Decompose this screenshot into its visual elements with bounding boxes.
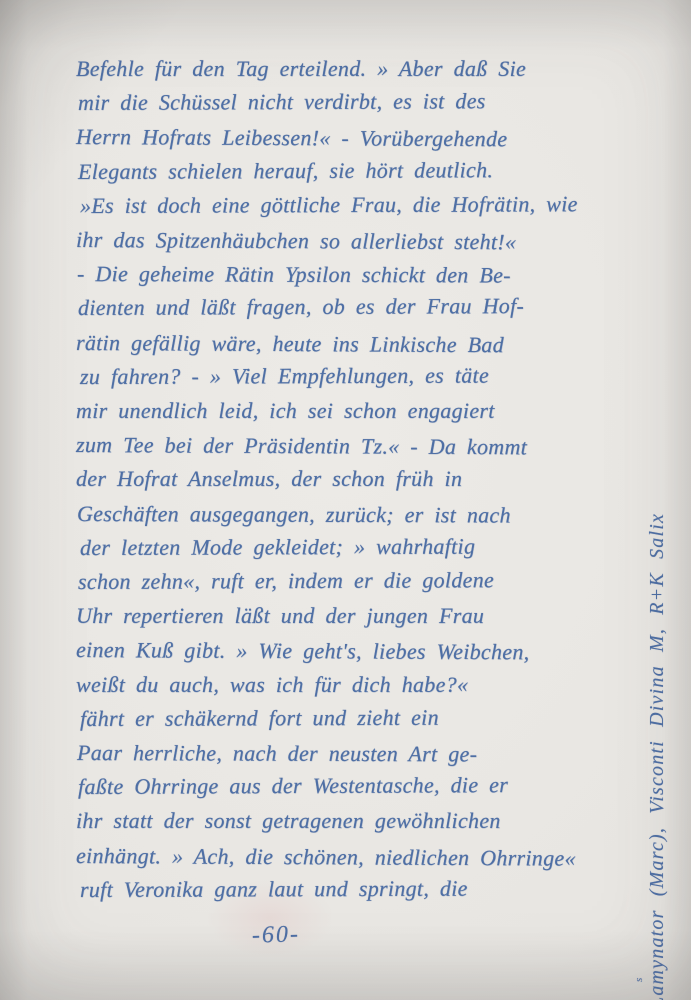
handwritten-line: dienten und läßt fragen, ob es der Frau … [78,289,658,326]
handwritten-line: ruft Veronika ganz laut und springt, die [80,871,660,907]
page-number: -60- [252,921,301,949]
margin-note-text: Lamynator (Marc), Visconti Divina M, R+K… [646,513,668,1000]
handwritten-line: Befehle für den Tag erteilend. » Aber da… [76,52,656,86]
handwriting-text-block: Befehle für den Tag erteilend. » Aber da… [76,52,656,907]
margin-note-mark: s [633,978,645,982]
handwritten-line: ihr statt der sonst getragenen gewöhnlic… [76,804,656,838]
handwritten-line: der Hofrat Anselmus, der schon früh in [76,462,656,496]
handwritten-line: rätin gefällig wäre, heute ins Linkische… [76,326,656,363]
handwritten-line: Uhr repertieren läßt und der jungen Frau [76,599,656,633]
handwritten-line: der letzten Mode gekleidet; » wahrhaftig [80,529,660,565]
handwritten-line: zum Tee bei der Präsidentin Tz.« - Da ko… [76,428,656,465]
handwritten-line: mir die Schüssel nicht verdirbt, es ist … [78,84,658,121]
manuscript-page: Befehle für den Tag erteilend. » Aber da… [0,0,691,1000]
handwritten-line: einen Kuß gibt. » Wie geht's, liebes Wei… [76,633,656,670]
margin-note: s Lamynator (Marc), Visconti Divina M, R… [646,388,680,1000]
handwritten-line: Elegants schielen herauf, sie hört deutl… [78,152,658,189]
handwritten-line: weißt du auch, was ich für dich habe?« [76,668,656,702]
handwritten-line: fährt er schäkernd fort und zieht ein [80,700,660,736]
handwritten-line: schon zehn«, ruft er, indem er die golde… [78,563,658,600]
handwritten-line: mir unendlich leid, ich sei schon engagi… [76,394,656,428]
handwritten-line: faßte Ohrringe aus der Westentasche, die… [78,768,658,805]
handwritten-line: ihr das Spitzenhäubchen so allerliebst s… [76,223,656,260]
handwritten-line: Geschäften ausgegangen, zurück; er ist n… [77,497,657,533]
handwritten-line: zu fahren? - » Viel Empfehlungen, es tät… [80,358,660,394]
handwritten-line: »Es ist doch eine göttliche Frau, die Ho… [80,187,660,223]
